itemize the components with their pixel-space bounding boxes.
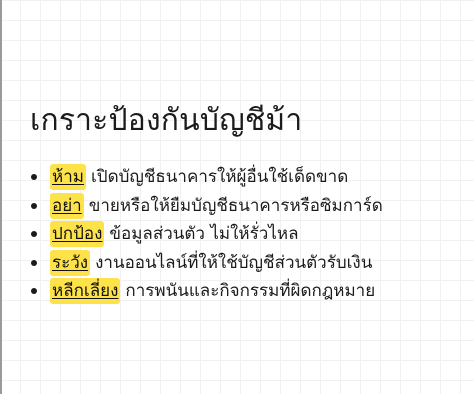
bullet-icon — [31, 260, 37, 266]
item-text: การพนันและกิจกรรมที่ผิดกฎหมาย — [125, 278, 375, 304]
highlighted-keyword: หลีกเลี่ยง — [50, 278, 120, 304]
list-item: หลีกเลี่ยง การพนันและกิจกรรมที่ผิดกฎหมาย — [31, 277, 383, 306]
list-item: อย่า ขายหรือให้ยืมบัญชีธนาคารหรือซิมการ์… — [31, 192, 383, 221]
highlighted-keyword: ปกป้อง — [50, 221, 104, 247]
item-text: ข้อมูลส่วนตัว ไม่ให้รั่วไหล — [109, 221, 298, 247]
item-text: เปิดบัญชีธนาคารให้ผู้อื่นใช้เด็ดขาด — [91, 164, 348, 190]
bullet-icon — [31, 288, 37, 294]
highlighted-keyword: ระวัง — [50, 250, 90, 276]
bullet-icon — [31, 203, 37, 209]
highlighted-keyword: อย่า — [50, 193, 84, 219]
list-item: ปกป้อง ข้อมูลส่วนตัว ไม่ให้รั่วไหล — [31, 220, 383, 249]
list-item: ระวัง งานออนไลน์ที่ให้ใช้บัญชีส่วนตัวรับ… — [31, 249, 383, 278]
bullet-icon — [31, 174, 37, 180]
bullet-icon — [31, 231, 37, 237]
list-item: ห้าม เปิดบัญชีธนาคารให้ผู้อื่นใช้เด็ดขาด — [31, 163, 383, 192]
slide-title: เกราะป้องกันบัญชีม้า — [30, 97, 302, 144]
item-text: ขายหรือให้ยืมบัญชีธนาคารหรือซิมการ์ด — [89, 193, 383, 219]
item-text: งานออนไลน์ที่ให้ใช้บัญชีส่วนตัวรับเงิน — [95, 250, 372, 276]
highlighted-keyword: ห้าม — [50, 164, 86, 190]
bullet-list: ห้าม เปิดบัญชีธนาคารให้ผู้อื่นใช้เด็ดขาด… — [31, 163, 383, 306]
slide-canvas: เกราะป้องกันบัญชีม้า ห้าม เปิดบัญชีธนาคา… — [0, 0, 474, 394]
